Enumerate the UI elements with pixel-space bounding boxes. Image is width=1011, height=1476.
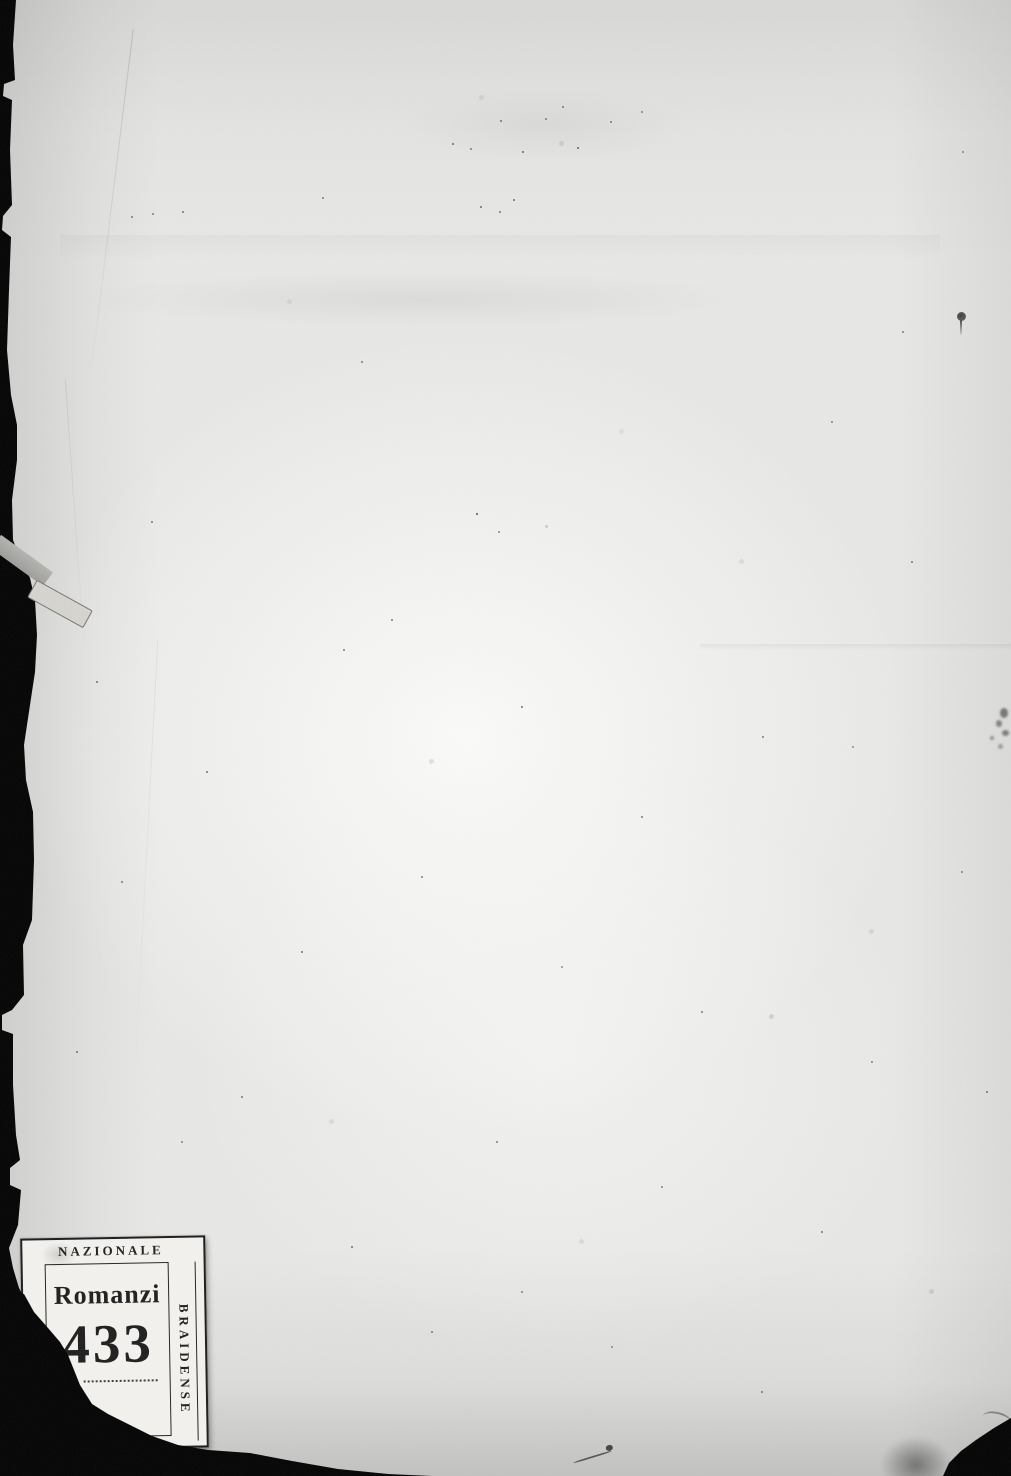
bookplate-library-text: NAZIONALE (22, 1242, 199, 1261)
bookplate-vertical-text: BRAIDENSE (175, 1304, 193, 1416)
bookplate-section-text: Romanzi (46, 1279, 169, 1311)
bookplate-side-column: BRAIDENSE (169, 1262, 199, 1441)
bookplate-inner-frame: Romanzi 433 (45, 1262, 172, 1438)
grey-smudge (880, 1436, 952, 1476)
dotted-rule (84, 1379, 158, 1382)
ink-dot-mark (957, 312, 966, 321)
scanned-book-page: NAZIONALE Romanzi 433 BRAIDENSE (0, 0, 1011, 1476)
library-bookplate: NAZIONALE Romanzi 433 BRAIDENSE (20, 1235, 209, 1450)
right-edge-smudge (988, 706, 1011, 764)
bookplate-shelf-number: 433 (47, 1315, 170, 1372)
